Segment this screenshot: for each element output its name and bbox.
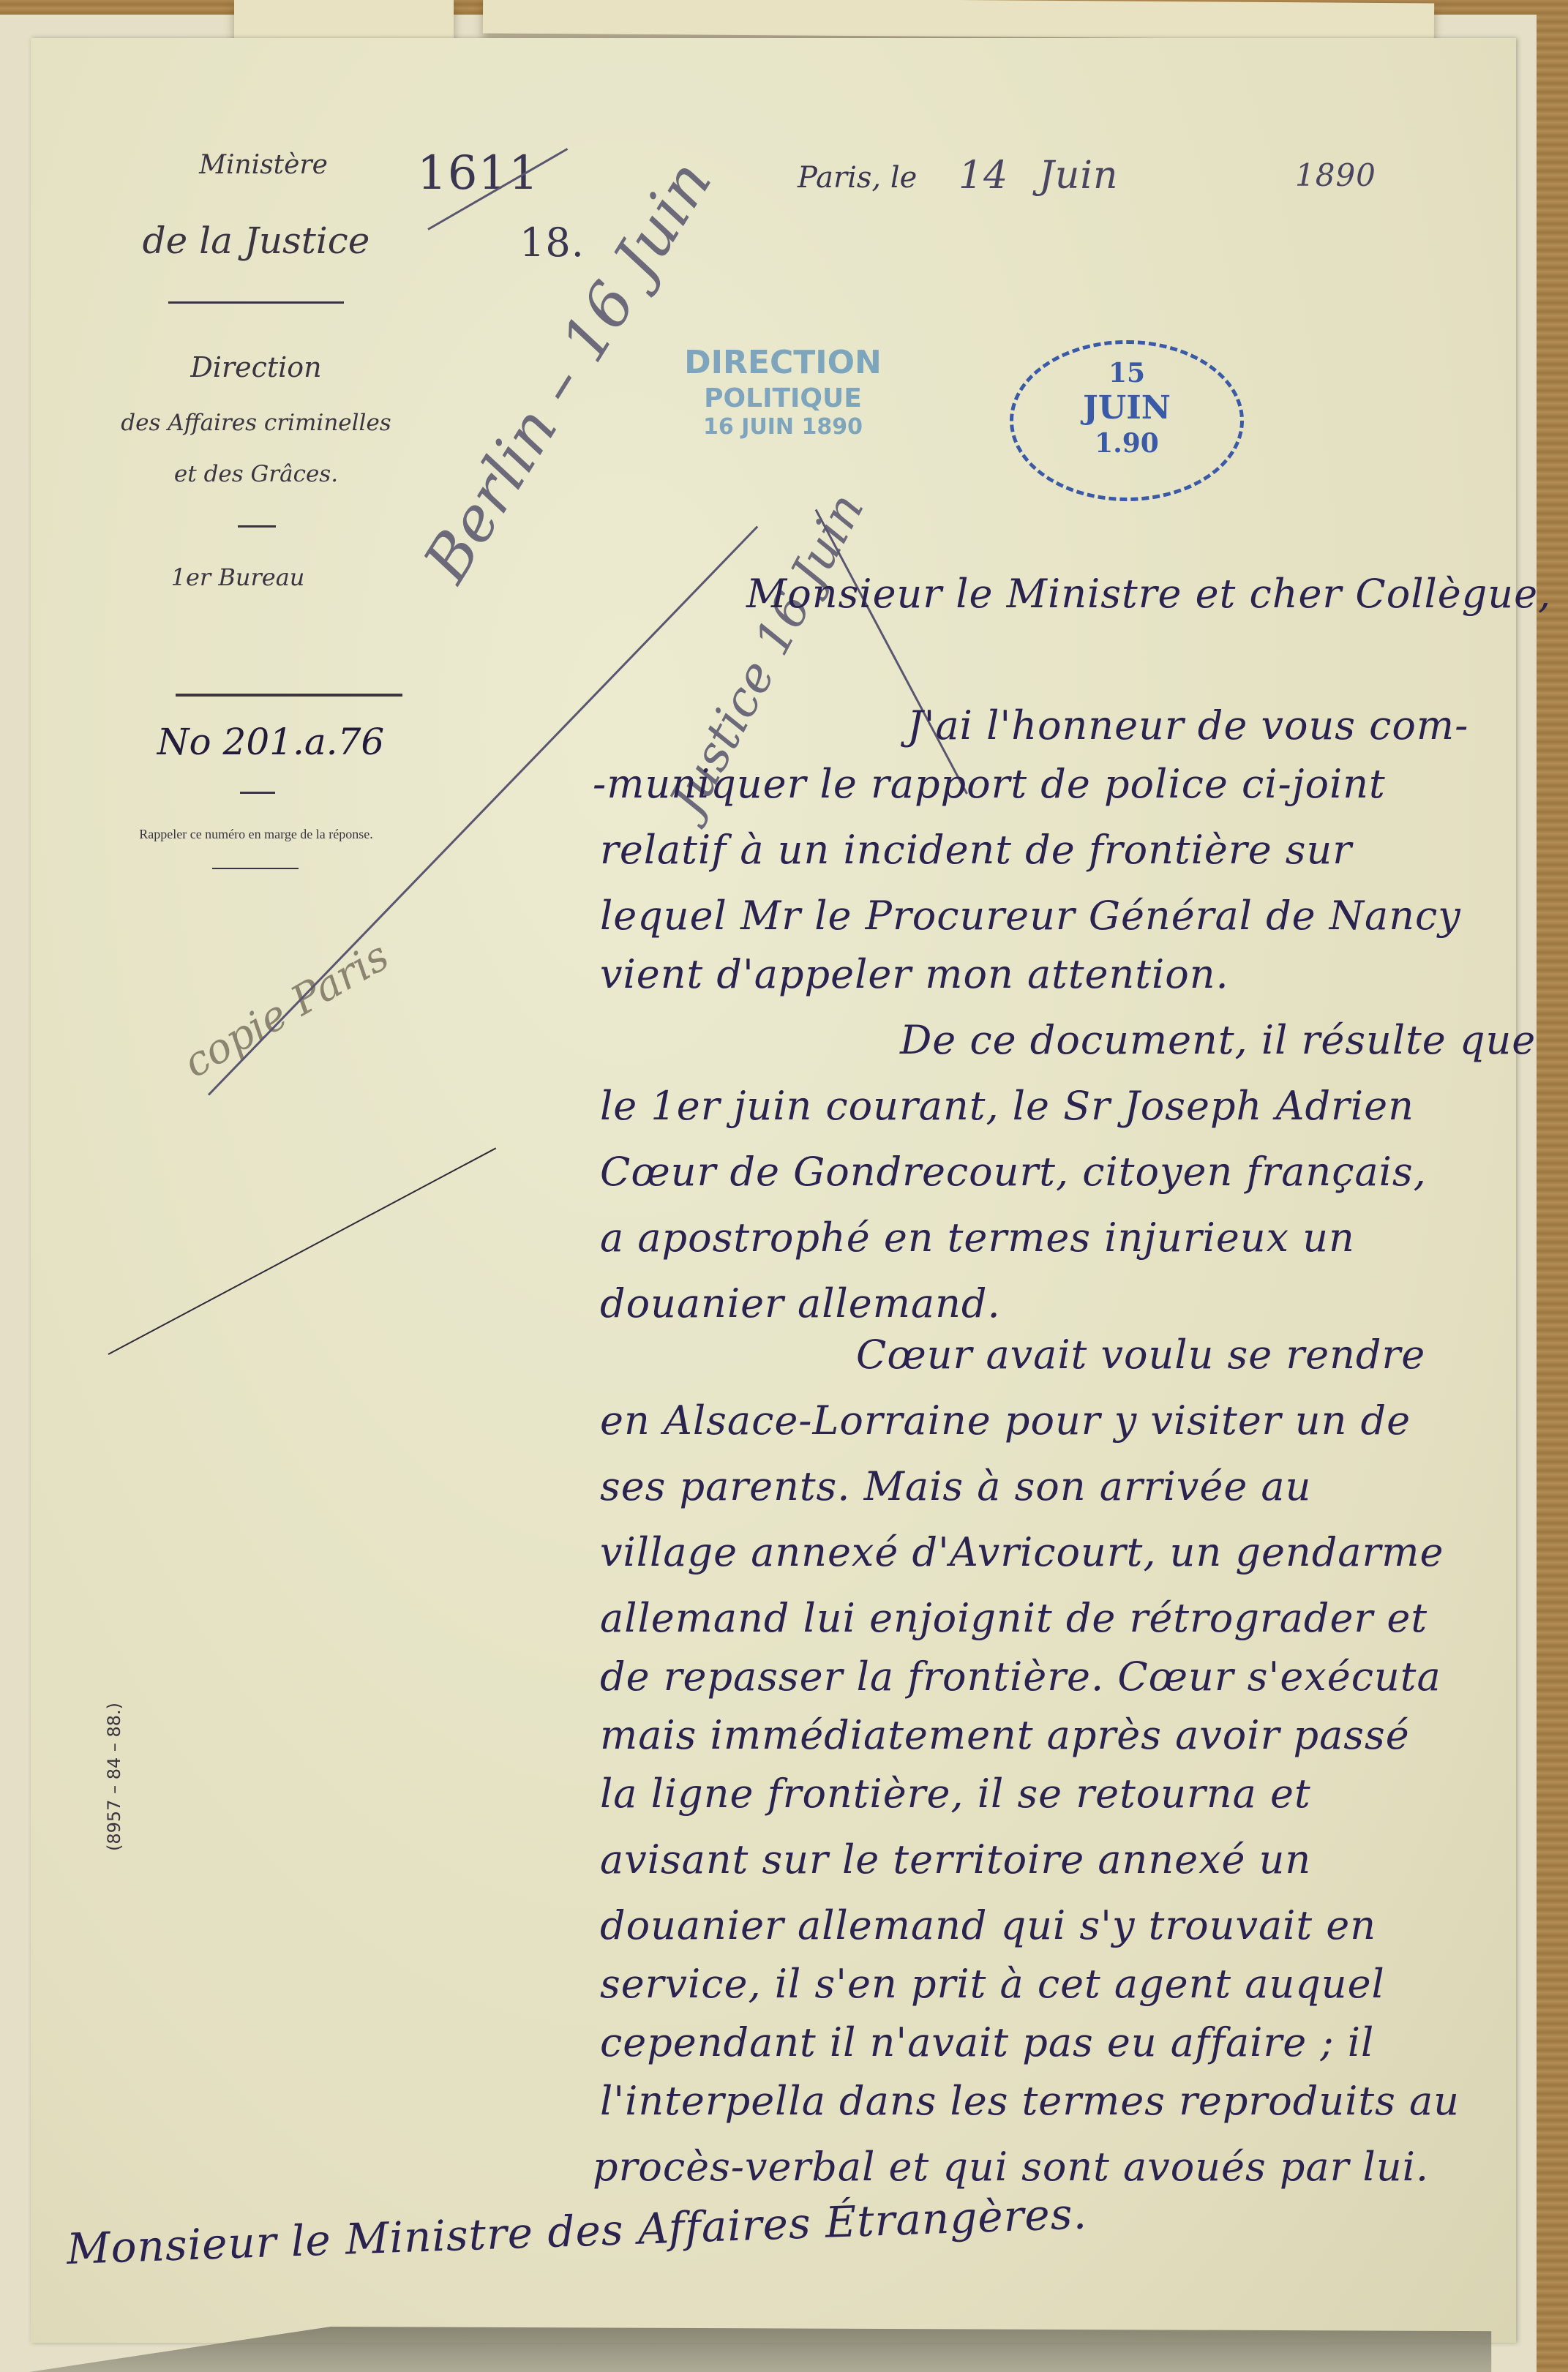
body-line: J'ai l'honneur de vous com-	[907, 702, 1468, 748]
ornament-divider	[168, 301, 344, 304]
dateline-place: Paris, le	[798, 161, 917, 195]
body-line: lequel Mr le Procureur Général de Nancy	[600, 893, 1461, 939]
top-paper-scrap	[483, 0, 1434, 40]
print-code: (8957 – 84 – 88.)	[104, 1703, 124, 1851]
body-line: en Alsace-Lorraine pour y visiter un de	[600, 1397, 1411, 1444]
body-line: douanier allemand qui s'y trouvait en	[600, 1902, 1376, 1948]
ministry-title: Ministère	[139, 150, 388, 180]
dateline-day: 14	[959, 154, 1008, 198]
body-line: de repasser la frontière. Cœur s'exécuta	[600, 1654, 1441, 1700]
stamp-line-1: DIRECTION	[629, 344, 937, 383]
body-line: le 1er juin courant, le Sr Joseph Adrien	[600, 1083, 1414, 1129]
body-line: l'interpella dans les termes reproduits …	[600, 2078, 1460, 2124]
body-line: ses parents. Mais à son arrivée au	[600, 1463, 1311, 1509]
body-line: mais immédiatement après avoir passé	[600, 1712, 1410, 1758]
body-line: allemand lui enjoignit de rétrograder et	[600, 1595, 1428, 1641]
body-line: relatif à un incident de frontière sur	[600, 827, 1352, 873]
body-line: vient d'appeler mon attention.	[600, 951, 1229, 997]
stamp-day: 15	[1013, 357, 1240, 389]
received-date-stamp: 15 JUIN 1.90	[1010, 340, 1244, 501]
direction-politique-stamp: DIRECTION POLITIQUE 16 JUIN 1890	[629, 344, 937, 440]
stamp-month: JUIN	[1013, 389, 1240, 427]
salutation: Monsieur le Ministre et cher Collègue,	[746, 571, 1551, 617]
reference-note: Rappeler ce numéro en marge de la répons…	[88, 827, 424, 842]
body-line: Cœur de Gondrecourt, citoyen français,	[600, 1149, 1427, 1195]
ministry-name: de la Justice	[102, 219, 410, 262]
dateline-year: 1890	[1295, 157, 1376, 193]
file-number-bottom: 18.	[519, 219, 585, 266]
stamp-line-2: POLITIQUE	[629, 383, 937, 414]
body-line: Cœur avait voulu se rendre	[856, 1332, 1425, 1378]
body-line: avisant sur le territoire annexé un	[600, 1836, 1311, 1883]
direction-line-2: et des Grâces.	[132, 461, 380, 487]
dateline-month: Juin	[1039, 154, 1118, 198]
top-paper-scrap	[234, 0, 454, 44]
body-line: cependant il n'avait pas eu affaire ; il	[600, 2019, 1374, 2065]
body-line: douanier allemand.	[600, 1280, 1001, 1326]
body-line: service, il s'en prit à cet agent auquel	[600, 1961, 1385, 2007]
stamp-line-3: 16 JUIN 1890	[629, 414, 937, 440]
body-line: De ce document, il résulte que	[900, 1017, 1536, 1063]
short-divider	[238, 525, 276, 528]
body-line: la ligne frontière, il se retourna et	[600, 1771, 1311, 1817]
direction-title: Direction	[139, 351, 373, 383]
direction-line-1: des Affaires criminelles	[73, 410, 439, 436]
short-divider	[240, 792, 275, 794]
ornament-divider	[176, 694, 402, 697]
ornament-divider	[212, 868, 299, 869]
bureau-label: 1er Bureau	[117, 563, 359, 591]
stamp-year: 1.90	[1013, 427, 1240, 459]
body-line: a apostrophé en termes injurieux un	[600, 1215, 1355, 1261]
body-line: -muniquer le rapport de police ci-joint	[593, 761, 1386, 807]
body-line: procès-verbal et qui sont avoués par lui…	[593, 2144, 1429, 2190]
body-line: village annexé d'Avricourt, un gendarme	[600, 1529, 1444, 1575]
reference-number: No 201.a.76	[124, 721, 417, 763]
